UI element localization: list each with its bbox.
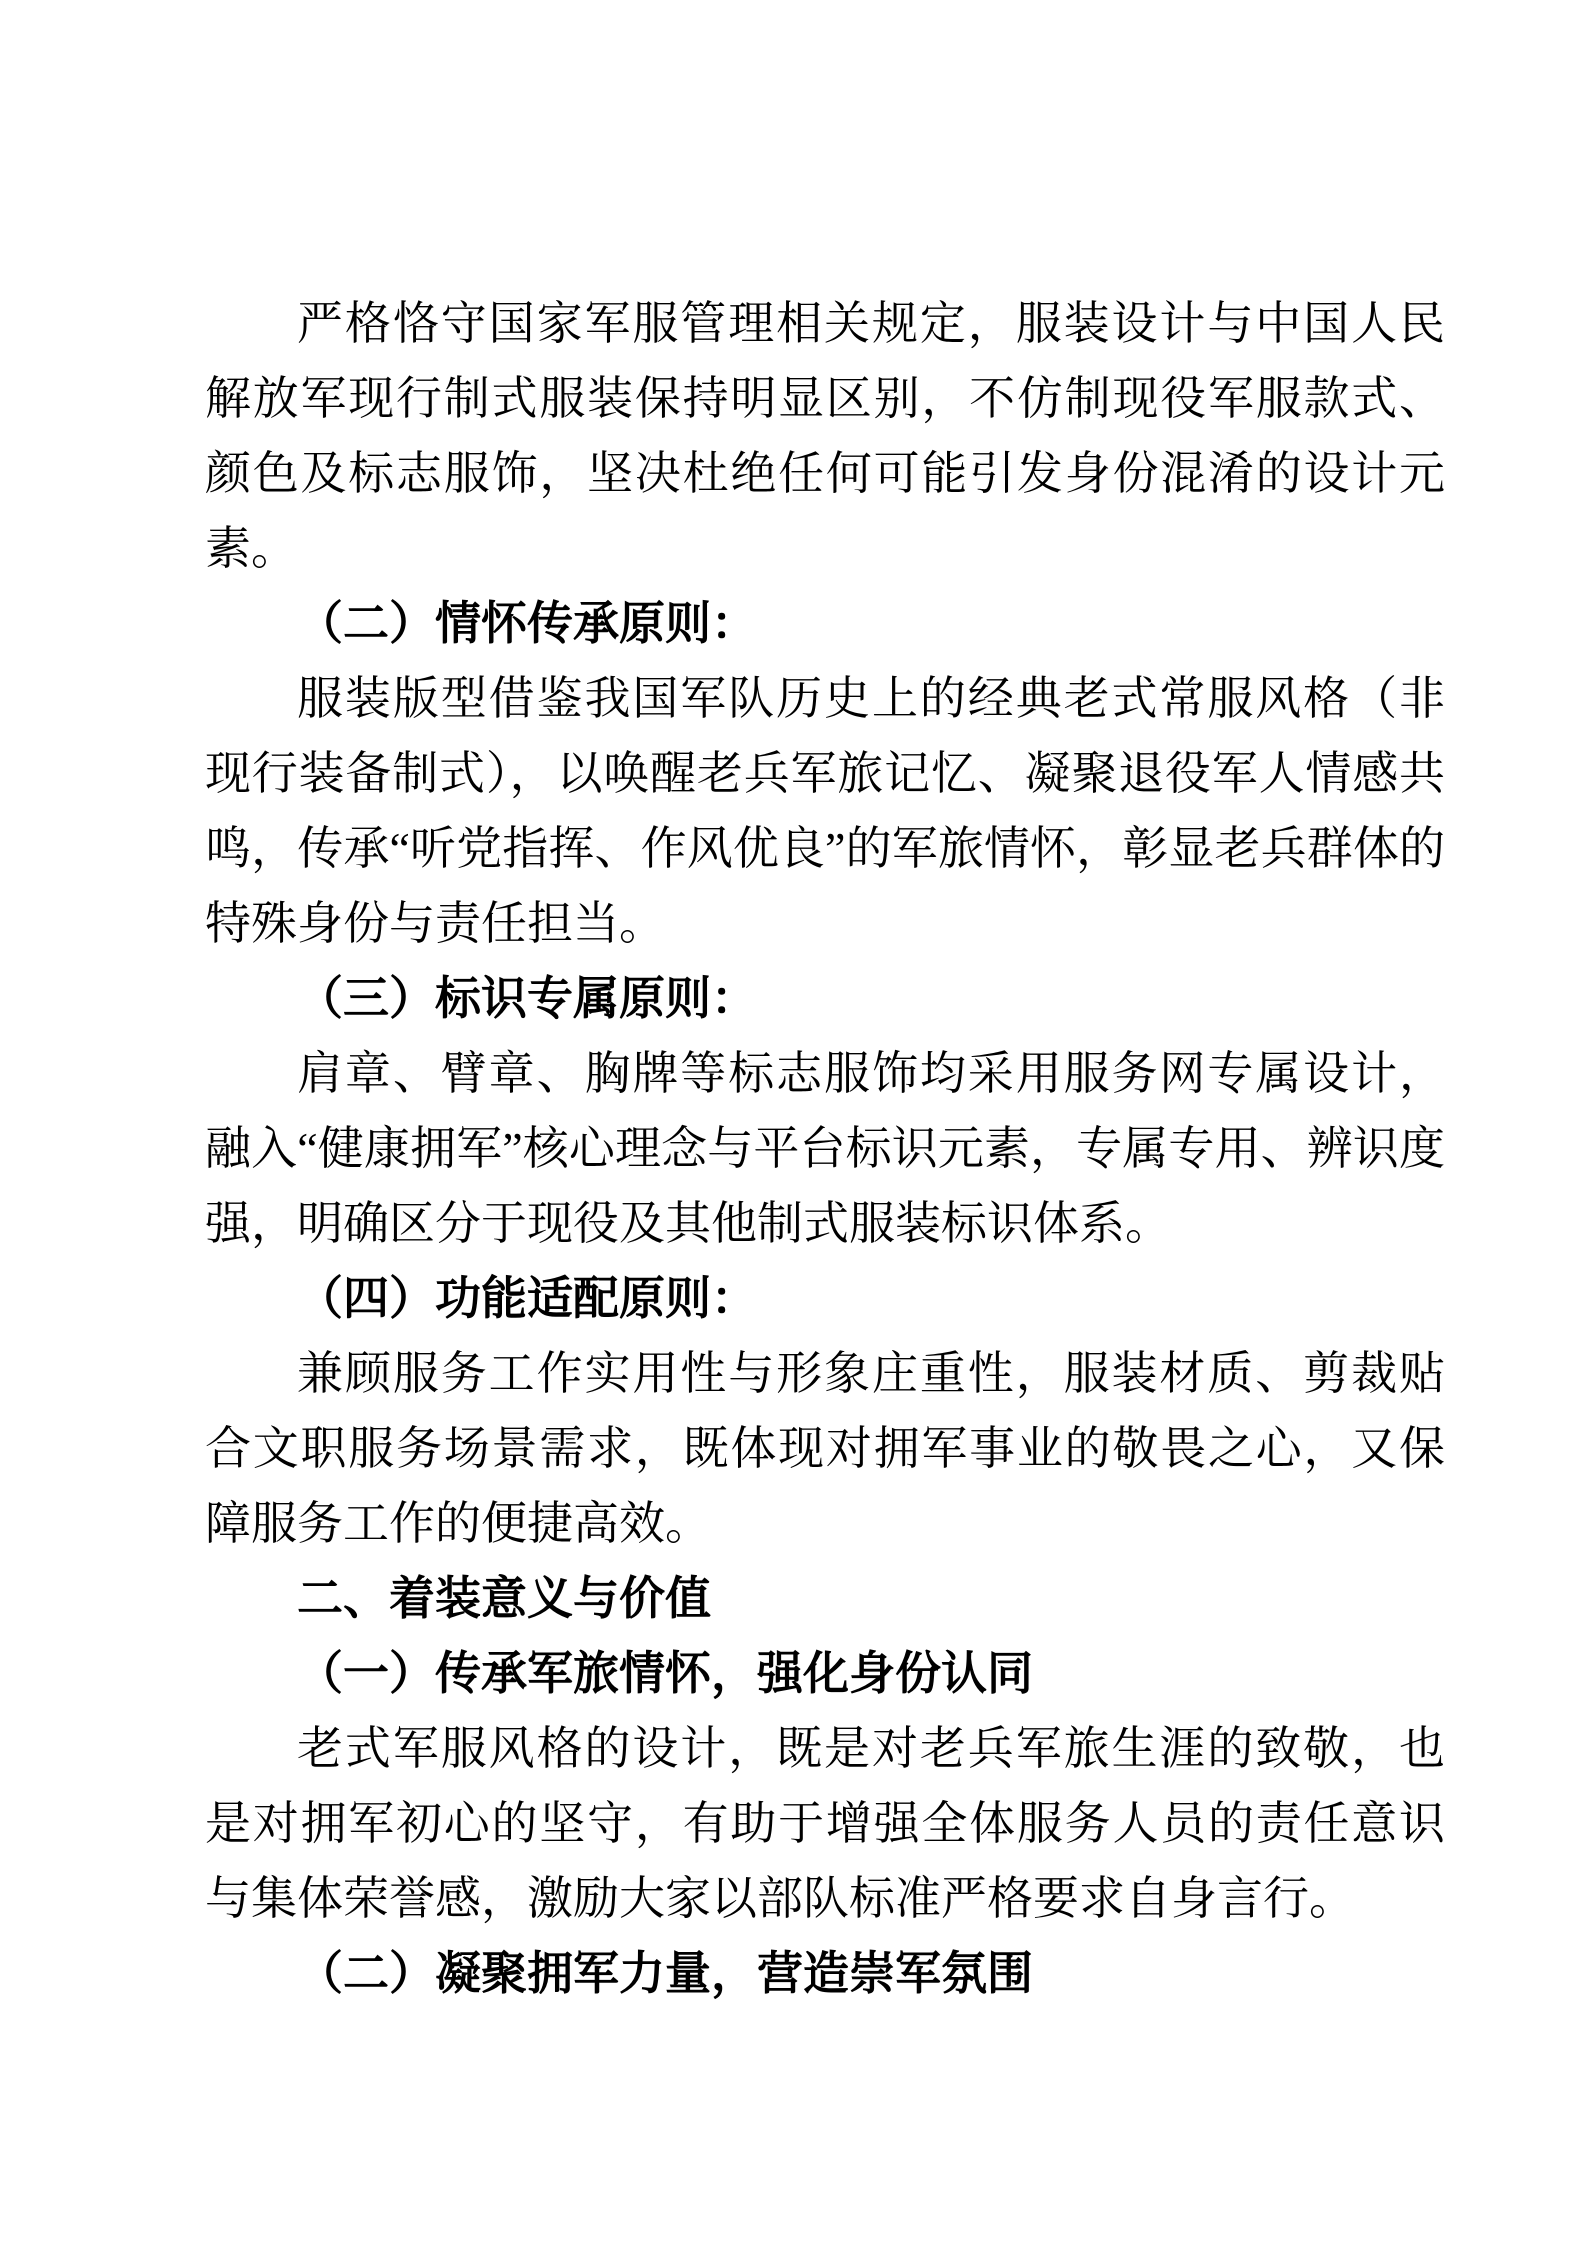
sub-heading: （二）情怀传承原则： [205, 586, 1445, 661]
body-paragraph: 肩章、臂章、胸牌等标志服饰均采用服务网专属设计，融入“健康拥军”核心理念与平台标… [205, 1036, 1445, 1261]
sub-heading: （一）传承军旅情怀，强化身份认同 [205, 1636, 1445, 1711]
document-body: 严格恪守国家军服管理相关规定，服装设计与中国人民解放军现行制式服装保持明显区别，… [205, 286, 1445, 2011]
body-paragraph: 严格恪守国家军服管理相关规定，服装设计与中国人民解放军现行制式服装保持明显区别，… [205, 286, 1445, 586]
sub-heading: （四）功能适配原则： [205, 1261, 1445, 1336]
body-paragraph: 兼顾服务工作实用性与形象庄重性，服装材质、剪裁贴合文职服务场景需求，既体现对拥军… [205, 1336, 1445, 1561]
document-page: 严格恪守国家军服管理相关规定，服装设计与中国人民解放军现行制式服装保持明显区别，… [0, 0, 1587, 2245]
sub-heading: （二）凝聚拥军力量，营造崇军氛围 [205, 1936, 1445, 2011]
sub-heading: （三）标识专属原则： [205, 961, 1445, 1036]
body-paragraph: 服装版型借鉴我国军队历史上的经典老式常服风格（非现行装备制式），以唤醒老兵军旅记… [205, 661, 1445, 961]
section-heading: 二、着装意义与价值 [205, 1561, 1445, 1636]
body-paragraph: 老式军服风格的设计，既是对老兵军旅生涯的致敬，也是对拥军初心的坚守，有助于增强全… [205, 1711, 1445, 1936]
